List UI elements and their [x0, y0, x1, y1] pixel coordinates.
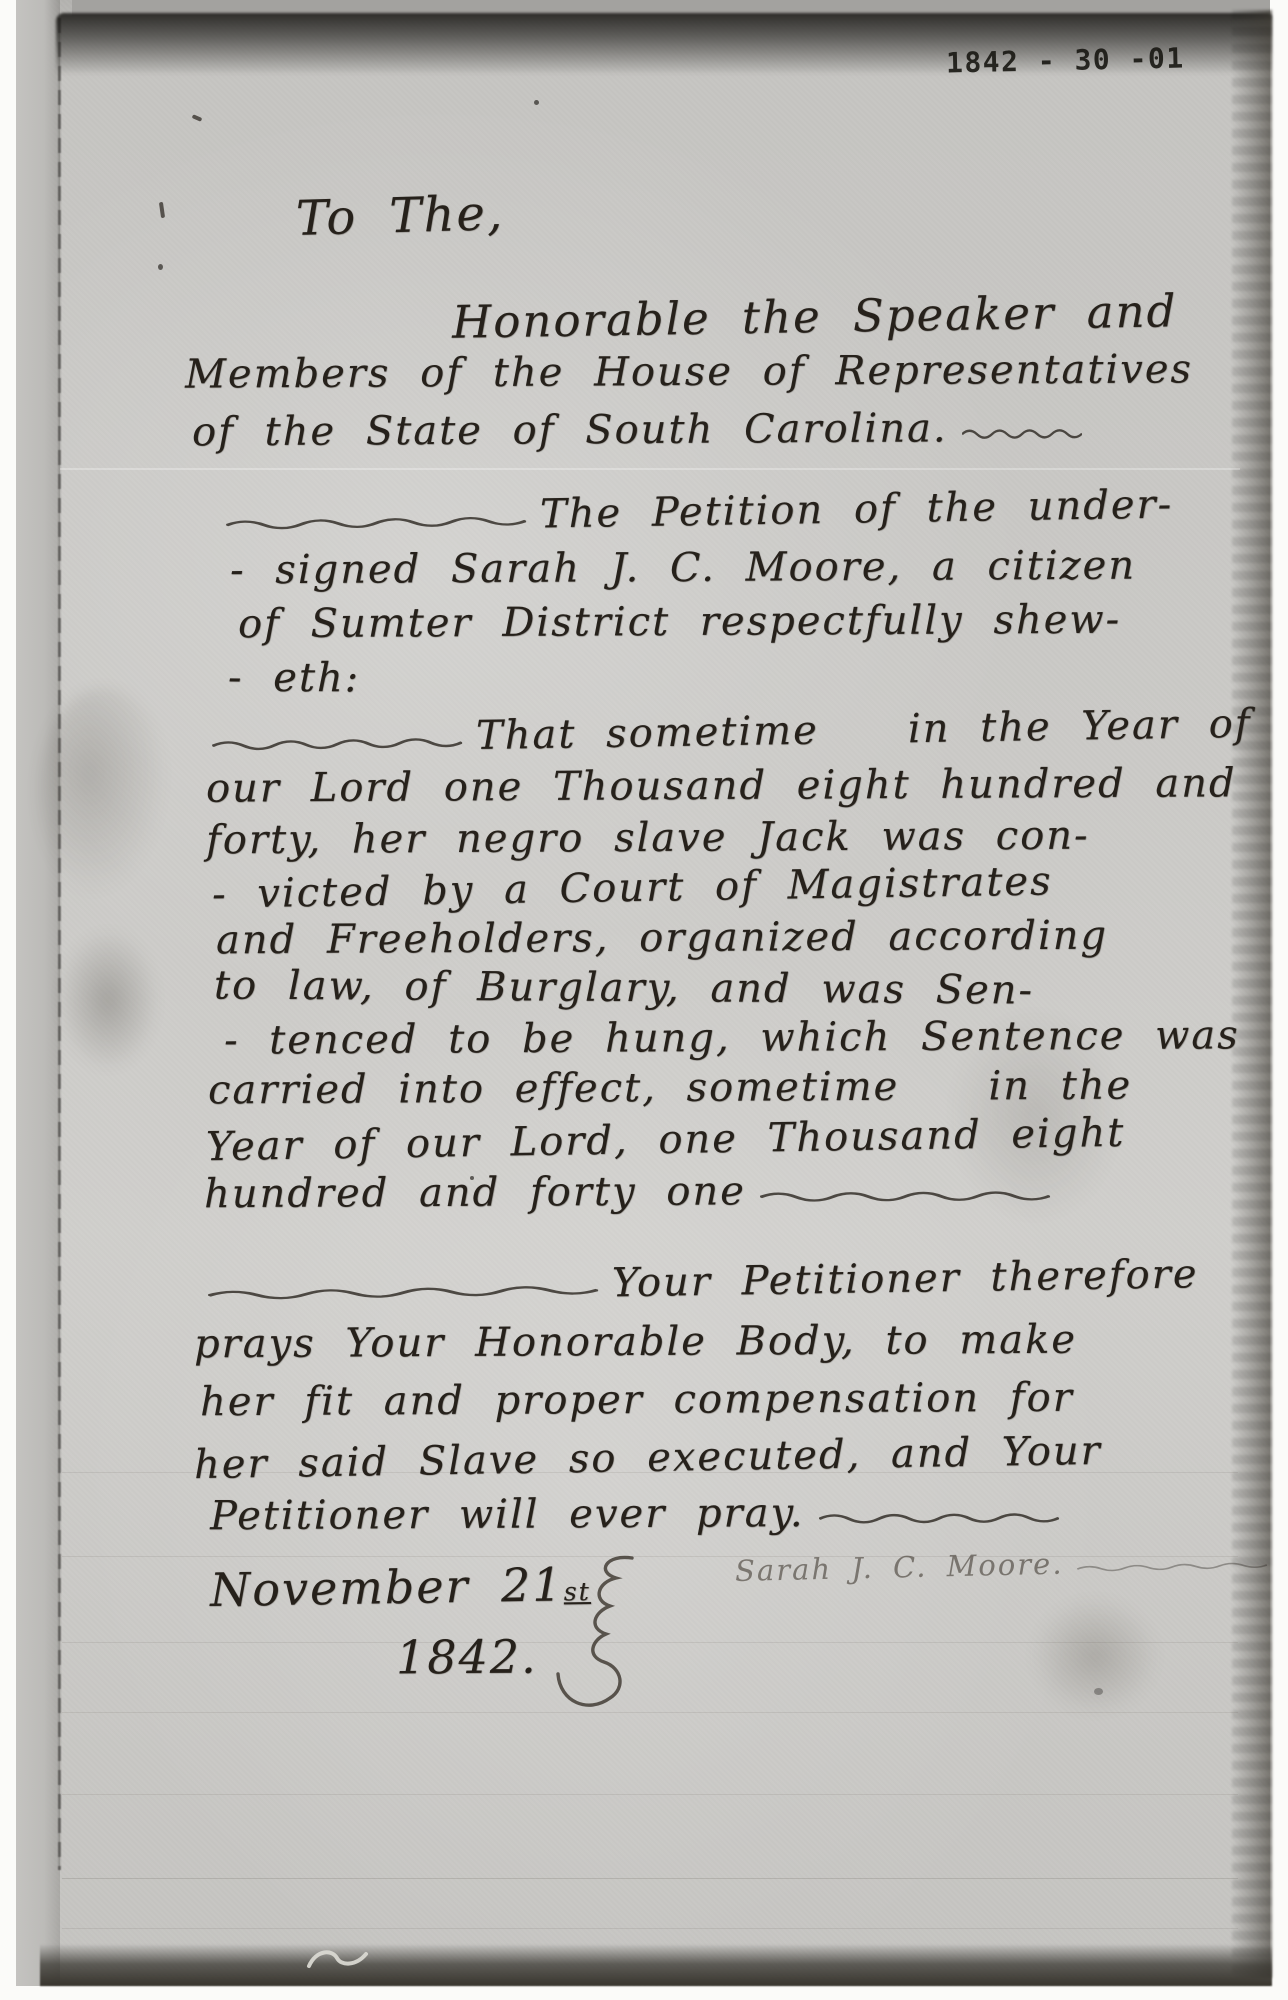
flourish-wave	[760, 1188, 1050, 1204]
line-text: hundred and forty one	[204, 1171, 746, 1214]
manuscript-line: prays Your Honorable Body, to make	[194, 1320, 1077, 1365]
ruled-line	[62, 1878, 1238, 1879]
manuscript-line: - eth:	[228, 658, 360, 699]
flourish-wave	[819, 1510, 1059, 1525]
manuscript-line: - tenced to be hung, which Sentence was	[224, 1015, 1240, 1060]
ink-stain	[58, 930, 158, 1070]
manuscript-line: carried into effect, sometime in the	[208, 1066, 1132, 1111]
date-line: November 21st	[210, 1561, 591, 1613]
date-day: November 21	[210, 1561, 564, 1613]
line-text: The Petition of the under-	[540, 485, 1174, 535]
line-text: Petitioner will ever pray.	[210, 1493, 805, 1536]
ink-stain	[38, 688, 168, 898]
manuscript-line: forty, her negro slave Jack was con-	[206, 816, 1090, 861]
line-text: Your Petitioner therefore	[612, 1254, 1199, 1303]
binding-crease	[58, 18, 61, 1870]
ruled-line	[62, 1928, 1238, 1929]
flourish-wave	[212, 734, 462, 752]
page-left-margin	[16, 0, 60, 1986]
ruled-line	[62, 1794, 1238, 1795]
manuscript-line: of the State of South Carolina.	[192, 408, 1082, 453]
page-edge-shadow-bottom	[40, 1944, 1272, 1986]
flourish-wave	[226, 513, 526, 532]
ink-speck	[158, 264, 163, 270]
manuscript-line: her fit and proper compensation for	[200, 1378, 1074, 1423]
date-year: 1842.	[396, 1634, 538, 1681]
manuscript-line: of Sumter District respectfully shew-	[238, 600, 1121, 645]
salutation: To The,	[295, 189, 504, 243]
ink-stain	[1030, 1596, 1160, 1716]
manuscript-line: Members of the House of Representatives	[185, 349, 1193, 394]
manuscript-line: Honorable the Speaker and	[452, 288, 1178, 344]
signature-flourish	[1077, 1558, 1267, 1574]
manuscript-line: to law, of Burglary, and was Sen-	[214, 965, 1034, 1010]
paper-fold-line	[60, 468, 1240, 470]
archival-number: 1842 - 30 -01	[946, 42, 1185, 80]
line-text: of the State of South Carolina.	[192, 408, 948, 452]
ink-speck	[1094, 1688, 1103, 1695]
page-edge-shadow-right	[1232, 10, 1272, 1978]
line-text: That sometime in the Year of	[476, 704, 1252, 756]
flourish-wave	[962, 426, 1082, 441]
manuscript-line: and Freeholders, organized according	[216, 916, 1108, 961]
date-flourish	[552, 1552, 652, 1752]
ink-speck	[534, 100, 539, 105]
manuscript-line: hundred and forty one	[204, 1170, 1050, 1214]
manuscript-line: Petitioner will ever pray.	[210, 1492, 1059, 1536]
manuscript-line: - signed Sarah J. C. Moore, a citizen	[230, 546, 1136, 591]
flourish-wave	[208, 1282, 598, 1302]
binding-thread	[306, 1946, 370, 1972]
manuscript-line: our Lord one Thousand eight hundred and	[206, 763, 1237, 808]
